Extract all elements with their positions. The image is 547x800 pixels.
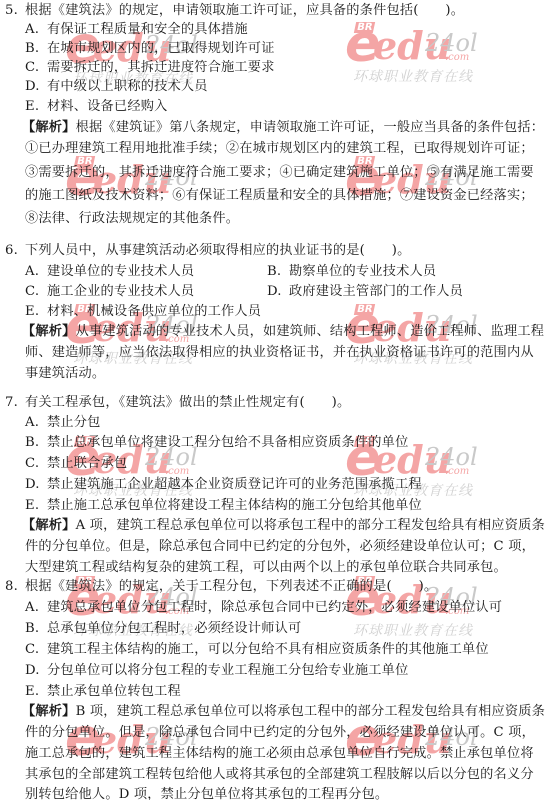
option-text: 有中级以上职称的技术人员	[47, 79, 208, 94]
option-text: 需要拆迁的，其拆迁进度符合施工要求	[47, 60, 275, 75]
question-stem: 5.根据《建筑法》的规定，申请领取施工许可证，应具备的条件包括( )。	[5, 2, 464, 20]
option-text: 建筑工程主体结构的施工，可以分包给不具有相应资质条件的其他施工单位	[47, 642, 489, 657]
option-text: 勘察单位的专业技术人员	[289, 264, 436, 279]
option-e: E.禁止施工总承包单位将建设工程主体结构的施工分包给其他单位	[25, 497, 422, 515]
analysis-tag: 【解析】	[22, 518, 76, 533]
analysis-line: 大型建筑工程或结构复杂的建筑工程，可以由两个以上的承包单位联合共同承包。	[25, 559, 507, 577]
question-text: 根据《建筑法》的规定，关于工程分包，下列表述不正确的是( )。	[25, 579, 437, 594]
analysis-line: 【解析】根据《建筑证》第八条规定，申请领取施工许可证，一般应当具备的条件包括：	[22, 119, 544, 137]
option-label: C.	[25, 59, 47, 77]
analysis-text: A 项，建筑工程总承包单位可以将承包工程中的部分工程发包给具有相应资质条	[76, 518, 545, 533]
option-a: A.有保证工程质量和安全的具体措施	[25, 21, 248, 39]
question-number: 6.	[5, 242, 25, 260]
question-text: 有关工程承包，《建筑法》做出的禁止性规定有( )。	[25, 395, 350, 410]
question-stem: 7.有关工程承包，《建筑法》做出的禁止性规定有( )。	[5, 394, 350, 412]
option-label: B.	[25, 620, 47, 638]
analysis-line: 件的分包单位。但是，除总承包合同中已约定的分包外，必须经建设单位认可；C 项，	[25, 538, 535, 556]
analysis-line: 师、建造师等，应当依法取得相应的执业资格证书，并在执业资格证书许可的范围内从	[25, 344, 534, 362]
watermark-badge: BR	[354, 22, 376, 33]
option-label: D.	[267, 283, 289, 301]
option-text: 禁止联合承包	[47, 456, 127, 471]
watermark-main: edu	[373, 26, 451, 66]
option-text: 分包单位可以将分包工程的专业工程施工分包给专业施工单位	[47, 663, 408, 678]
option-label: C.	[25, 283, 47, 301]
question-number: 5.	[5, 2, 25, 20]
analysis-line: ⑧法律、行政法规规定的其他条件。	[25, 210, 239, 228]
analysis-line: 件的分包单位。但是，除总承包合同中已约定的分包外，必须经建设单位认可。C 项，	[25, 724, 535, 742]
option-d: D.禁止建筑施工企业超越本企业资质登记许可的业务范围承揽工程	[25, 476, 422, 494]
watermark-tagline: 环球职业教育在线	[353, 620, 473, 640]
option-text: 材料、机械设备供应单位的工作人员	[47, 304, 261, 319]
option-label: E.	[25, 98, 47, 116]
analysis-text: B 项，建筑工程总承包单位可以将承包工程中的部分工程发包给具有相应资质条	[76, 704, 545, 719]
option-label: A.	[25, 599, 47, 617]
option-a: A.建筑总承包单位分包工程时，除总承包合同中已约定外，必须经建设单位认可	[25, 599, 502, 617]
analysis-line: 别转包给他人。D 项，禁止分包单位将其承包的工程再分包。	[25, 786, 388, 800]
option-c: C.建筑工程主体结构的施工，可以分包给不具有相应资质条件的其他施工单位	[25, 641, 489, 659]
option-text: 禁止分包	[47, 415, 101, 430]
option-text: 总承包单位分包工程时，必须经设计师认可	[47, 621, 301, 636]
question-stem: 8.根据《建筑法》的规定，关于工程分包，下列表述不正确的是( )。	[5, 578, 437, 596]
option-a: A.建设单位的专业技术人员	[25, 263, 194, 281]
option-label: D.	[25, 78, 47, 96]
option-text: 政府建设主管部门的工作人员	[289, 284, 463, 299]
question-number: 8.	[5, 578, 25, 596]
option-c: C.需要拆迁的，其拆迁进度符合施工要求	[25, 59, 275, 77]
analysis-line: 事建筑活动。	[25, 365, 105, 383]
option-label: E.	[25, 303, 47, 321]
watermark-e-glyph: e	[345, 18, 380, 70]
option-label: D.	[25, 476, 47, 494]
exam-page: e BR edu 24ol .com 环球职业教育在线 e edu 24ol 环…	[0, 0, 547, 800]
analysis-line: 【解析】从事建筑活动的专业技术人员，如建筑师、结构工程师、造价工程师、监理工程	[22, 323, 544, 341]
analysis-tag: 【解析】	[22, 120, 76, 135]
analysis-tag: 【解析】	[22, 704, 76, 719]
watermark-domain: .com	[445, 466, 469, 477]
watermark-domain: .com	[445, 52, 469, 63]
option-label: A.	[25, 21, 47, 39]
option-b: B.在城市规划区内的，已取得规划许可证	[25, 40, 275, 58]
option-text: 禁止总承包单位将建设工程分包给不具备相应资质条件的单位	[47, 435, 408, 450]
option-a: A.禁止分包	[25, 414, 101, 432]
analysis-text: 根据《建筑证》第八条规定，申请领取施工许可证，一般应当具备的条件包括：	[76, 120, 545, 135]
question-text: 下列人员中，从事建筑活动必须取得相应的执业证书的是( )。	[25, 243, 411, 258]
analysis-line: 施工总承包的，建筑工程主体结构的施工必须由总承包单位自行完成。禁止承包单位将	[25, 745, 534, 763]
option-label: E.	[25, 497, 47, 515]
option-text: 有保证工程质量和安全的具体措施	[47, 22, 248, 37]
option-text: 材料、设备已经购入	[47, 99, 168, 114]
analysis-text: 从事建筑活动的专业技术人员，如建筑师、结构工程师、造价工程师、监理工程	[76, 324, 545, 339]
watermark-suffix: 24ol	[425, 30, 478, 56]
option-c: C.施工企业的专业技术人员	[25, 283, 194, 301]
option-label: C.	[25, 641, 47, 659]
watermark-suffix: 24ol	[425, 444, 478, 470]
option-label: D.	[25, 662, 47, 680]
question-number: 7.	[5, 394, 25, 412]
option-e: E.材料、机械设备供应单位的工作人员	[25, 303, 261, 321]
option-d: D.分包单位可以将分包工程的专业工程施工分包给专业施工单位	[25, 662, 408, 680]
analysis-line: 其承包的全部建筑工程转包给他人或将其承包的全部建筑工程肢解以后以分包的名义分	[25, 766, 534, 784]
option-text: 建设单位的专业技术人员	[47, 264, 194, 279]
question-stem: 6.下列人员中，从事建筑活动必须取得相应的执业证书的是( )。	[5, 242, 411, 260]
option-text: 建筑总承包单位分包工程时，除总承包合同中已约定外，必须经建设单位认可	[47, 600, 502, 615]
option-label: A.	[25, 263, 47, 281]
analysis-line: ①已办理建筑工程用地批准手续；②在城市规划区内的建筑工程，已取得规划许可证；	[25, 140, 534, 158]
option-e: E.材料、设备已经购入	[25, 98, 168, 116]
option-b: B.勘察单位的专业技术人员	[267, 263, 436, 281]
option-label: B.	[267, 263, 289, 281]
analysis-line: 的施工图纸及技术资料；⑥有保证工程质量和安全的具体措施；⑦建设资金已经落实；	[25, 187, 534, 205]
analysis-line: ③需要拆迁的，其拆迁进度符合施工要求；④已确定建筑施工单位；⑤有满足施工需要	[25, 164, 534, 182]
analysis-tag: 【解析】	[22, 324, 76, 339]
watermark-badge: BR	[354, 304, 376, 315]
option-d: D.有中级以上职称的技术人员	[25, 78, 208, 96]
option-d: D.政府建设主管部门的工作人员	[267, 283, 463, 301]
option-text: 禁止承包单位转包工程	[47, 684, 181, 699]
option-text: 禁止建筑施工企业超越本企业资质登记许可的业务范围承揽工程	[47, 477, 422, 492]
question-text: 根据《建筑法》的规定，申请领取施工许可证，应具备的条件包括( )。	[25, 3, 464, 18]
option-label: A.	[25, 414, 47, 432]
option-text: 在城市规划区内的，已取得规划许可证	[47, 41, 275, 56]
option-label: B.	[25, 434, 47, 452]
option-e: E.禁止承包单位转包工程	[25, 683, 181, 701]
option-c: C.禁止联合承包	[25, 455, 127, 473]
option-b: B.总承包单位分包工程时，必须经设计师认可	[25, 620, 301, 638]
watermark-tagline: 环球职业教育在线	[353, 66, 473, 86]
option-text: 禁止施工总承包单位将建设工程主体结构的施工分包给其他单位	[47, 498, 422, 513]
option-text: 施工企业的专业技术人员	[47, 284, 194, 299]
option-label: C.	[25, 455, 47, 473]
analysis-line: 【解析】A 项，建筑工程总承包单位可以将承包工程中的部分工程发包给具有相应资质条	[22, 517, 545, 535]
option-label: B.	[25, 40, 47, 58]
option-label: E.	[25, 683, 47, 701]
analysis-line: 【解析】B 项，建筑工程总承包单位可以将承包工程中的部分工程发包给具有相应资质条	[22, 703, 545, 721]
option-b: B.禁止总承包单位将建设工程分包给不具备相应资质条件的单位	[25, 434, 408, 452]
